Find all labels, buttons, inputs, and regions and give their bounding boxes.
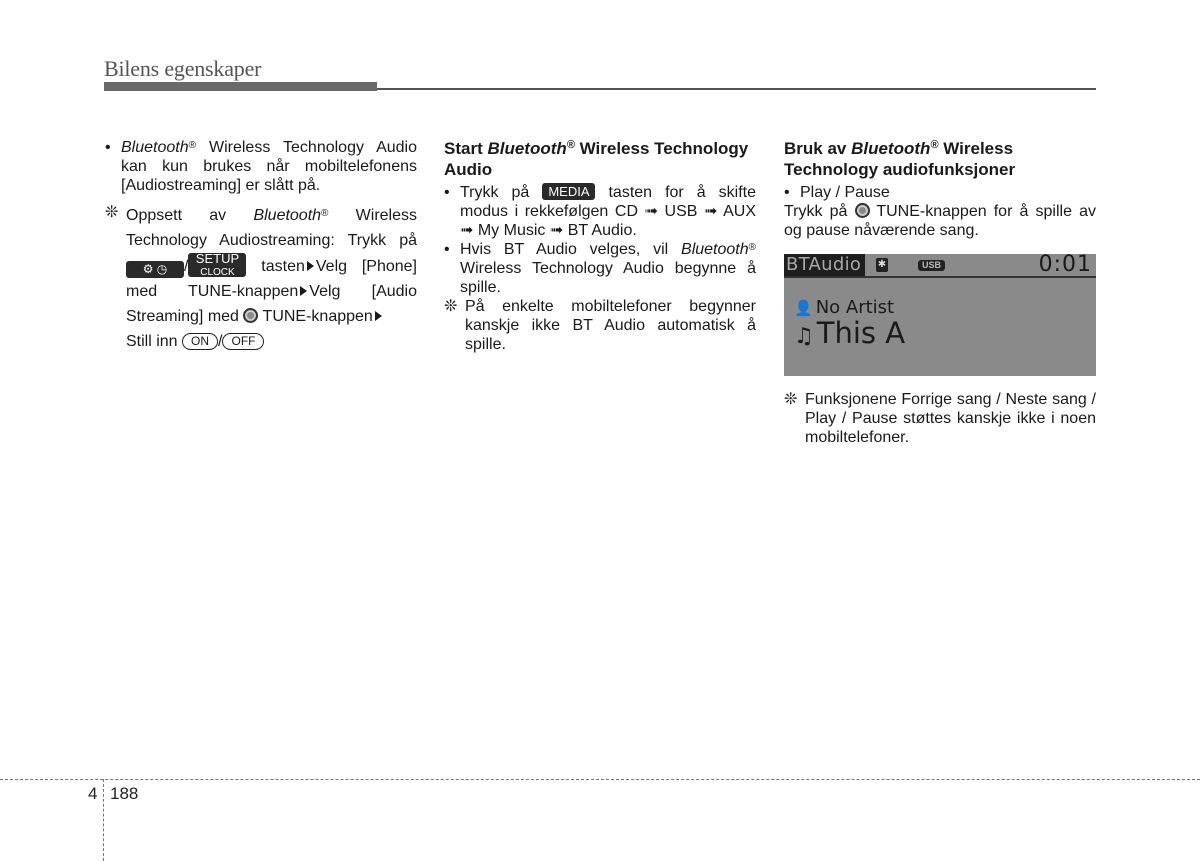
media-key: MEDIA [542, 183, 595, 200]
step-arrow-icon [307, 261, 314, 271]
setup-label: SETUP [196, 251, 239, 266]
registered-mark: ® [930, 139, 938, 151]
bullet-media-key: • Trykk på MEDIA tasten for å skifte mod… [444, 183, 756, 240]
lcd-play-time: 0:01 [1039, 254, 1092, 276]
brand-bluetooth: Bluetooth [253, 207, 321, 224]
heading-use-bt-audio: Bruk av Bluetooth® Wireless Technology a… [784, 138, 1096, 180]
bullet-text: Wireless Technology Audio begynne å spil… [460, 260, 756, 296]
brand-bluetooth: Bluetooth [487, 139, 566, 158]
registered-mark: ® [189, 140, 196, 151]
heading-start-bt-audio: Start Bluetooth® Wireless Technology Aud… [444, 138, 756, 180]
bullet-audio-requirement: • Bluetooth® Wireless Technology Audio k… [105, 138, 417, 195]
bullet-marker: • [105, 138, 111, 157]
lcd-artist: No Artist [816, 297, 894, 318]
artist-icon: 👤 [794, 299, 813, 317]
off-key: OFF [222, 333, 264, 350]
note-text: Oppsett av [126, 207, 253, 224]
chapter-number: 4 [88, 784, 97, 804]
brand-bluetooth: Bluetooth [121, 139, 189, 156]
note-marker: ❊ [444, 297, 457, 316]
header-rule-thin [377, 88, 1096, 90]
brand-bluetooth: Bluetooth [851, 139, 930, 158]
lcd-song-title: This A [817, 316, 905, 350]
heading-text: Start [444, 139, 487, 158]
step-text: TUNE-knappen [258, 308, 372, 325]
lcd-source-label: BTAudio [784, 254, 865, 276]
settings-clock-key: ⚙ ◷ [126, 261, 184, 278]
step-text: Still inn [126, 333, 182, 350]
on-key: ON [182, 333, 218, 350]
bullet-bt-audio-select: • Hvis BT Audio velges, vil Bluetooth® W… [444, 240, 756, 297]
tune-knob-icon [855, 203, 870, 218]
registered-mark: ® [749, 242, 756, 253]
setup-clock-key: SETUPCLOCK [188, 253, 246, 277]
heading-text: Bruk av [784, 139, 851, 158]
column-2: Start Bluetooth® Wireless Technology Aud… [444, 138, 756, 354]
play-pause-paragraph: Trykk på TUNE-knappen for å spille av og… [784, 202, 1096, 240]
step-arrow-icon [375, 311, 382, 321]
column-1: • Bluetooth® Wireless Technology Audio k… [105, 138, 417, 362]
note-text: Funksjonene Forrige sang / Neste sang / … [805, 391, 1096, 446]
bullet-play-pause: • Play / Pause [784, 183, 1096, 202]
note-function-support: ❊ Funksjonene Forrige sang / Neste sang … [784, 390, 1096, 447]
column-3: Bruk av Bluetooth® Wireless Technology a… [784, 138, 1096, 447]
lcd-artist-row: 👤No Artist [794, 298, 894, 318]
brand-bluetooth: Bluetooth [681, 241, 749, 258]
lcd-song-row: ♫This A [794, 324, 905, 346]
lcd-status-bar: BTAudio ✱ USB 0:01 [784, 254, 1096, 278]
bluetooth-icon: ✱ [876, 258, 888, 272]
bullet-marker: • [444, 240, 450, 259]
bullet-text: Hvis BT Audio velges, vil [460, 241, 681, 258]
section-title: Bilens egenskaper [104, 56, 261, 82]
paragraph-text: Trykk på [784, 203, 855, 220]
clock-label: CLOCK [200, 267, 234, 278]
note-auto-play: ❊ På enkelte mobiltelefoner begynner kan… [444, 297, 756, 354]
bullet-text: Trykk på [460, 184, 542, 201]
footer-vertical-divider [103, 779, 104, 861]
bullet-text: Play / Pause [800, 184, 890, 201]
note-setup-steps: ❊ Oppsett av Bluetooth® Wireless Technol… [105, 203, 417, 354]
music-note-icon: ♫ [794, 324, 814, 349]
usb-badge: USB [918, 260, 945, 271]
header-rule-thick [104, 82, 377, 91]
note-text: tasten [246, 258, 304, 275]
bullet-marker: • [444, 183, 450, 202]
note-text: På enkelte mobiltelefoner begynner kansk… [465, 298, 756, 353]
note-marker: ❊ [105, 203, 118, 222]
note-marker: ❊ [784, 390, 797, 409]
footer-divider [0, 779, 1200, 780]
bullet-marker: • [784, 183, 790, 202]
audio-lcd-display: BTAudio ✱ USB 0:01 👤No Artist ♫This A [784, 254, 1096, 376]
page-number: 188 [110, 784, 138, 804]
step-arrow-icon [300, 286, 307, 296]
tune-knob-icon [243, 308, 258, 323]
registered-mark: ® [567, 139, 575, 151]
